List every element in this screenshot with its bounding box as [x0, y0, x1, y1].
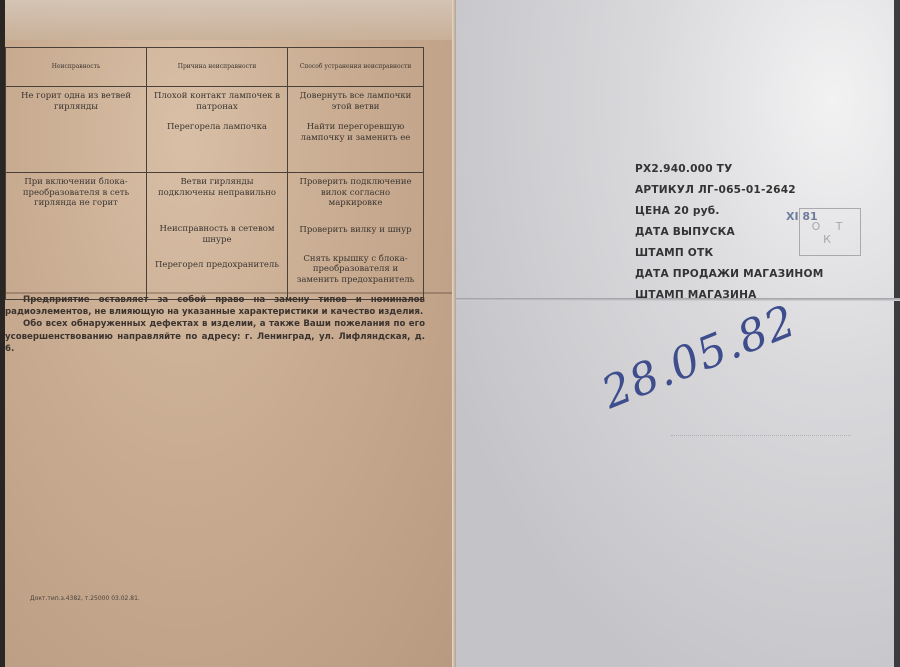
header-cause: Причина неисправности — [147, 48, 288, 87]
remedy-cell: Довернуть все лампочки этой ветви Найти … — [288, 87, 424, 173]
cause-cell: Ветви гирлянды подключены неправильно Не… — [147, 173, 288, 300]
otk-stamp-middle: О Т К — [800, 220, 860, 246]
header-remedy: Способ устранения неисправности — [288, 48, 424, 87]
cause-cell: Плохой контакт лампочек в патронах Перег… — [147, 87, 288, 173]
remedy-text: Проверить вилку и шнур — [294, 225, 417, 236]
manufacturer-notice: Предприятие оставляет за собой право на … — [5, 294, 425, 355]
release-date-label: ДАТА ВЫПУСКА — [635, 222, 823, 243]
fault-cell: Не горит одна из ветвей гирлянды — [6, 87, 147, 173]
otk-quality-stamp: О Т К — [799, 208, 861, 256]
faded-store-stamp — [671, 435, 851, 464]
remedy-text: Довернуть все лампочки этой ветви — [294, 91, 417, 112]
background-edge — [894, 0, 900, 667]
product-info-block: РХ2.940.000 ТУ АРТИКУЛ ЛГ-065-01-2642 ЦЕ… — [635, 159, 823, 306]
remedy-cell: Проверить подключение вилок согласно мар… — [288, 173, 424, 300]
notice-paragraph-2: Обо всех обнаруженных дефектах в изделии… — [5, 318, 425, 355]
sale-date-label: ДАТА ПРОДАЖИ МАГАЗИНОМ — [635, 264, 823, 285]
cause-text: Перегорел предохранитель — [153, 260, 281, 271]
fault-cell: При включении блока-преобразователя в се… — [6, 173, 147, 300]
otk-stamp-bottom — [800, 246, 860, 253]
header-fault: Неисправность — [6, 48, 147, 87]
store-stamp-label: ШТАМП МАГАЗИНА — [635, 285, 823, 306]
otk-stamp-top — [800, 212, 860, 219]
print-imprint: Докт.тип.з.4382, т.25000 03.02.81. — [30, 595, 140, 602]
troubleshooting-table: Неисправность Причина неисправности Спос… — [5, 47, 424, 300]
article-number: АРТИКУЛ ЛГ-065-01-2642 — [635, 180, 823, 201]
notice-paragraph-1: Предприятие оставляет за собой право на … — [5, 294, 425, 318]
handwritten-sale-date: 28.05.82 — [595, 295, 803, 419]
cause-text: Неисправность в сетевом шнуре — [153, 224, 281, 245]
cause-text: Плохой контакт лампочек в патронах — [153, 91, 281, 112]
table-row: Не горит одна из ветвей гирлянды Плохой … — [6, 87, 424, 173]
cause-text: Ветви гирлянды подключены неправильно — [153, 177, 281, 198]
instruction-page-left: Неисправность Причина неисправности Спос… — [5, 0, 453, 667]
otk-stamp-label: ШТАМП ОТК — [635, 243, 823, 264]
instruction-page-right: РХ2.940.000 ТУ АРТИКУЛ ЛГ-065-01-2642 ЦЕ… — [456, 0, 900, 667]
remedy-text: Снять крышку с блока-преобразователя и з… — [294, 254, 417, 286]
remedy-text: Найти перегоревшую лампочку и заменить е… — [294, 122, 417, 143]
table-header-row: Неисправность Причина неисправности Спос… — [6, 48, 424, 87]
remedy-text: Проверить подключение вилок согласно мар… — [294, 177, 417, 209]
table-row: При включении блока-преобразователя в се… — [6, 173, 424, 300]
cause-text: Перегорела лампочка — [153, 122, 281, 133]
spec-number: РХ2.940.000 ТУ — [635, 159, 823, 180]
